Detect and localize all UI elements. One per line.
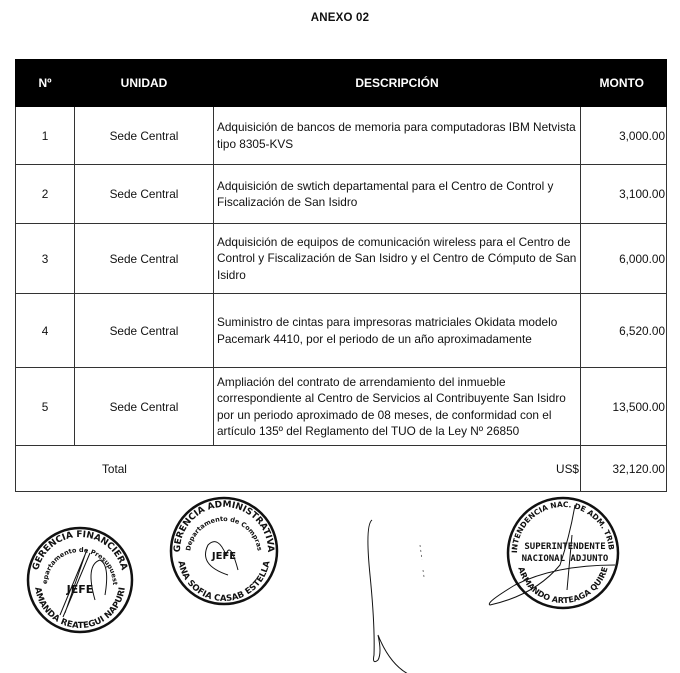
row-amount: 3,100.00 [581,165,667,224]
row-description: Adquisición de swtich departamental para… [214,165,581,224]
total-row: Total US$ 32,120.00 [16,446,667,492]
stamp-superintendencia: SUPERINTENDENCIA NAC. DE ADM. TRIBUTARIA… [505,495,620,610]
seal-icon: GERENCIA FINANCIERA Departamento de Pres… [25,525,135,635]
header-amount: MONTO [581,60,667,107]
total-label: Total [16,446,214,492]
seal-icon: SUPERINTENDENCIA NAC. DE ADM. TRIBUTARIA… [505,495,620,610]
table-row: 3 Sede Central Adquisición de equipos de… [16,224,667,294]
stamp-gerencia-administrativa: GERENCIA ADMINISTRATIVA Departamento de … [168,495,280,607]
svg-text:ANA SOFIA CASAB ESTELLA: ANA SOFIA CASAB ESTELLA [175,560,272,604]
table-row: 1 Sede Central Adquisición de bancos de … [16,107,667,165]
row-description: Suministro de cintas para impresoras mat… [214,294,581,368]
signature-icon [360,515,430,665]
svg-text:ARMANDO ARTEAGA QUIRE: ARMANDO ARTEAGA QUIRE [516,566,609,605]
svg-text:JEFE: JEFE [66,583,94,596]
row-number: 4 [16,294,75,368]
row-description: Ampliación del contrato de arrendamiento… [214,368,581,446]
table-row: 2 Sede Central Adquisición de swtich dep… [16,165,667,224]
table-header-row: Nº UNIDAD DESCRIPCIÓN MONTO [16,60,667,107]
row-unit: Sede Central [75,294,214,368]
row-description: Adquisición de bancos de memoria para co… [214,107,581,165]
stamp-gerencia-financiera: GERENCIA FINANCIERA Departamento de Pres… [25,525,135,635]
total-amount: 32,120.00 [581,446,667,492]
table-row: 4 Sede Central Suministro de cintas para… [16,294,667,368]
row-amount: 6,000.00 [581,224,667,294]
row-amount: 6,520.00 [581,294,667,368]
header-unit: UNIDAD [75,60,214,107]
table-row: 5 Sede Central Ampliación del contrato d… [16,368,667,446]
total-currency: US$ [214,446,581,492]
row-number: 3 [16,224,75,294]
row-number: 2 [16,165,75,224]
seal-icon: GERENCIA ADMINISTRATIVA Departamento de … [168,495,280,607]
row-unit: Sede Central [75,368,214,446]
signature-area: GERENCIA FINANCIERA Departamento de Pres… [0,495,680,673]
row-amount: 13,500.00 [581,368,667,446]
handwritten-signature [360,515,430,665]
header-number: Nº [16,60,75,107]
header-description: DESCRIPCIÓN [214,60,581,107]
row-unit: Sede Central [75,224,214,294]
document-title: ANEXO 02 [0,12,680,24]
row-number: 1 [16,107,75,165]
row-unit: Sede Central [75,107,214,165]
row-amount: 3,000.00 [581,107,667,165]
row-number: 5 [16,368,75,446]
row-description: Adquisición de equipos de comunicación w… [214,224,581,294]
row-unit: Sede Central [75,165,214,224]
annex-table: Nº UNIDAD DESCRIPCIÓN MONTO 1 Sede Centr… [15,59,667,492]
svg-text:NACIONAL ADJUNTO: NACIONAL ADJUNTO [522,554,609,564]
